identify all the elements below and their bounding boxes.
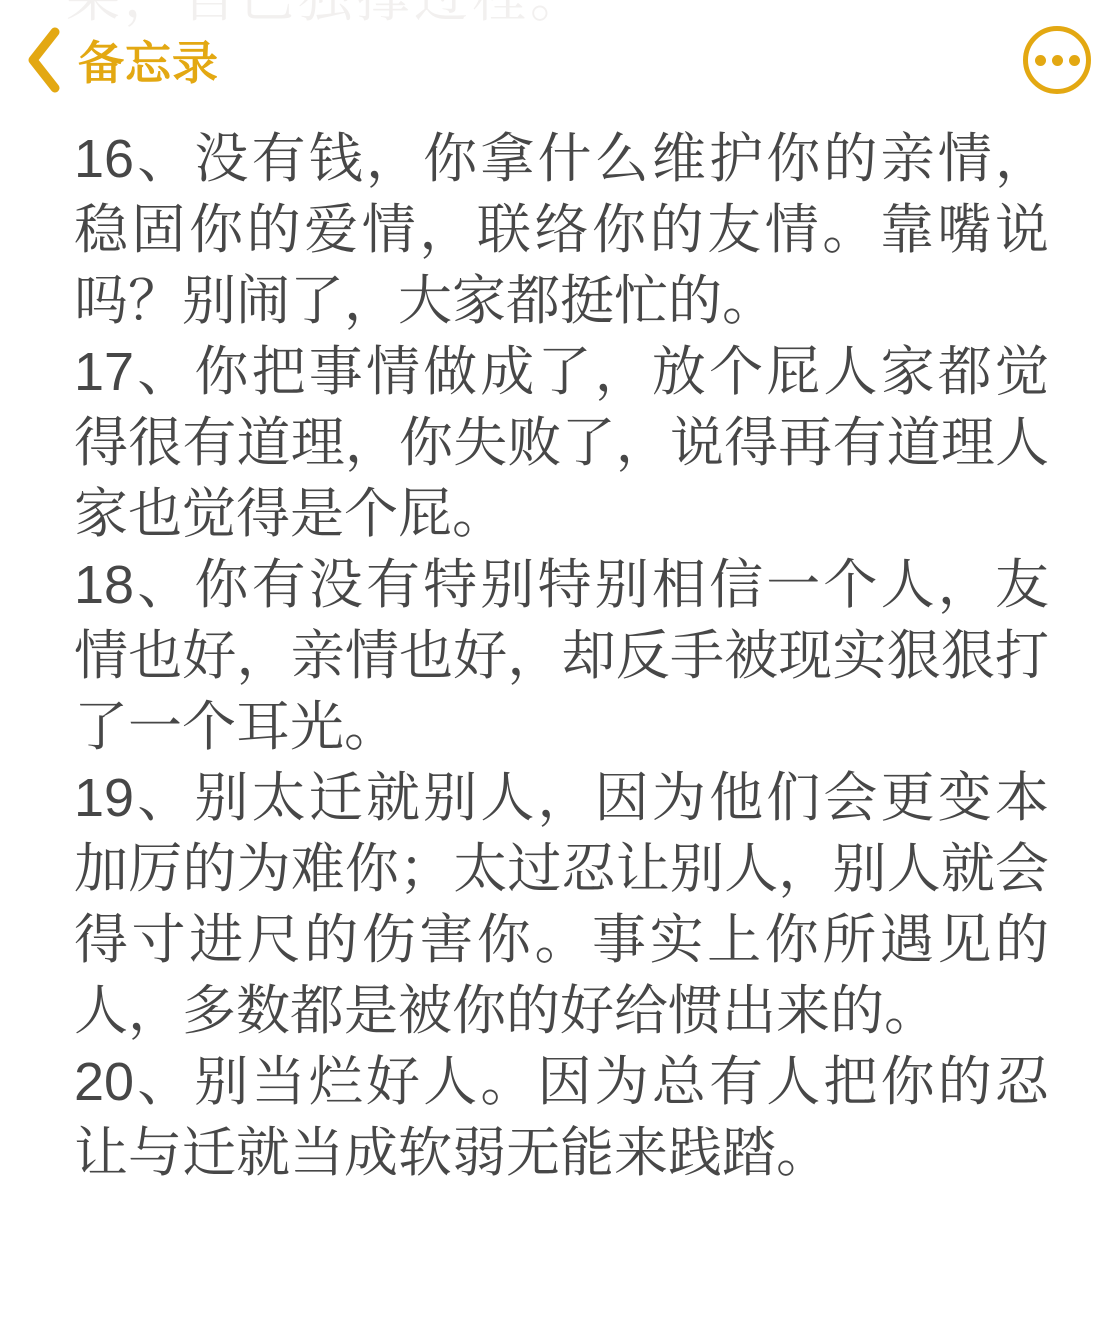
nav-bar: 备忘录 xyxy=(0,0,1119,108)
back-button[interactable]: 备忘录 xyxy=(26,27,219,93)
ellipsis-circle-icon xyxy=(1035,55,1080,66)
notes-screen: 果，自己独撑过程。 备忘录 16、没有钱，你拿什么维护你的亲情，稳固你的爱情，联… xyxy=(0,0,1119,1340)
note-paragraph[interactable]: 20、别当烂好人。因为总有人把你的忍让与迁就当成软弱无能来践踏。 xyxy=(74,1047,1049,1189)
back-label: 备忘录 xyxy=(78,27,219,93)
note-content[interactable]: 16、没有钱，你拿什么维护你的亲情，稳固你的爱情，联络你的友情。靠嘴说吗？别闹了… xyxy=(0,108,1119,1189)
note-paragraph[interactable]: 17、你把事情做成了，放个屁人家都觉得很有道理，你失败了，说得再有道理人家也觉得… xyxy=(74,337,1049,550)
more-button[interactable] xyxy=(1023,26,1091,94)
note-paragraph[interactable]: 18、你有没有特别特别相信一个人，友情也好，亲情也好，却反手被现实狠狠打了一个耳… xyxy=(74,550,1049,763)
chevron-left-icon xyxy=(26,27,62,93)
note-paragraph[interactable]: 16、没有钱，你拿什么维护你的亲情，稳固你的爱情，联络你的友情。靠嘴说吗？别闹了… xyxy=(74,124,1049,337)
note-paragraph[interactable]: 19、别太迁就别人，因为他们会更变本加厉的为难你；太过忍让别人，别人就会得寸进尺… xyxy=(74,763,1049,1047)
